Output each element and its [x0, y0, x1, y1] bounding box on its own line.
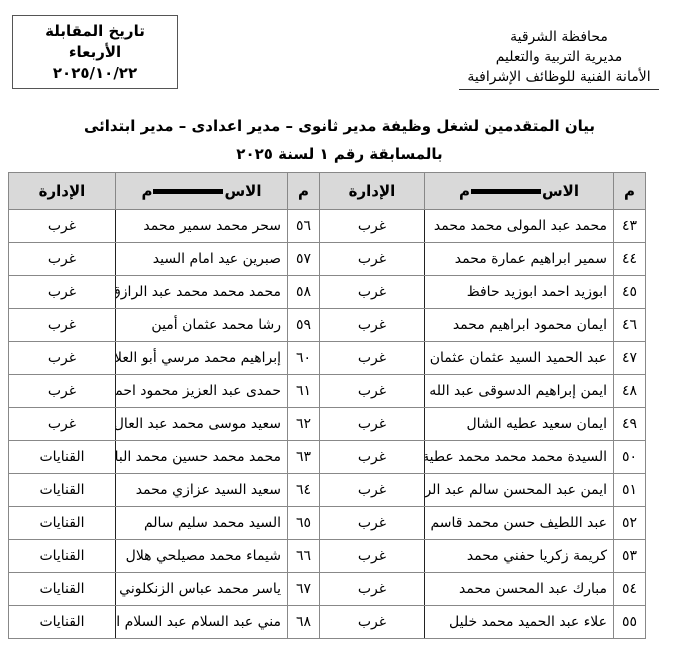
table-row: ٤٤سمير ابراهيم عمارة محمدغرب٥٧صبرين عيد … — [9, 243, 646, 276]
department: غرب — [320, 276, 425, 309]
header-name-suffix: م — [141, 182, 152, 200]
row-number: ٦٢ — [288, 408, 320, 441]
department: القنايات — [9, 540, 116, 573]
header-dept: الإدارة — [9, 173, 116, 210]
table-row: ٤٦ايمان محمود ابراهيم محمدغرب٥٩رشا محمد … — [9, 309, 646, 342]
row-number: ٦٣ — [288, 441, 320, 474]
row-number: ٥٨ — [288, 276, 320, 309]
table-row: ٥١ايمن عبد المحسن سالم عبد الرحمنغرب٦٤سع… — [9, 474, 646, 507]
row-number: ٥٤ — [614, 573, 646, 606]
secretariat-name: الأمانة الفنية للوظائف الإشرافية — [459, 67, 659, 90]
header-name-stretch — [153, 189, 223, 194]
row-number: ٥٦ — [288, 210, 320, 243]
interview-date-box: تاريخ المقابلة الأربعاء ٢٠٢٥/١٠/٢٢ — [12, 15, 178, 89]
applicant-name: ابوزيد احمد ابوزيد حافظ — [425, 276, 614, 309]
row-number: ٥١ — [614, 474, 646, 507]
header-name-stretch — [471, 189, 541, 194]
governorate-name: محافظة الشرقية — [459, 27, 659, 47]
department: غرب — [9, 375, 116, 408]
applicant-name: سحر محمد سمير محمد — [116, 210, 288, 243]
row-number: ٦٠ — [288, 342, 320, 375]
row-number: ٥٠ — [614, 441, 646, 474]
department: القنايات — [9, 507, 116, 540]
department: غرب — [320, 375, 425, 408]
row-number: ٤٨ — [614, 375, 646, 408]
header-name-prefix: الاس — [224, 182, 261, 200]
applicant-name: ياسر محمد عباس الزنكلوني — [116, 573, 288, 606]
department: غرب — [9, 276, 116, 309]
applicant-name: السيد محمد سليم سالم — [116, 507, 288, 540]
table-row: ٤٧عبد الحميد السيد عثمان عثمانغرب٦٠إبراه… — [9, 342, 646, 375]
department: غرب — [320, 606, 425, 639]
row-number: ٥٢ — [614, 507, 646, 540]
applicant-name: شيماء محمد مصيلحي هلال — [116, 540, 288, 573]
department: غرب — [320, 474, 425, 507]
interview-date-label: تاريخ المقابلة — [45, 21, 145, 42]
applicant-name: ايمان محمود ابراهيم محمد — [425, 309, 614, 342]
row-number: ٦٨ — [288, 606, 320, 639]
row-number: ٥٥ — [614, 606, 646, 639]
directorate-name: مديرية التربية والتعليم — [459, 47, 659, 67]
applicant-name: عبد اللطيف حسن محمد قاسم — [425, 507, 614, 540]
department: غرب — [320, 309, 425, 342]
applicant-name: إبراهيم محمد مرسي أبو العلا — [116, 342, 288, 375]
department: غرب — [9, 342, 116, 375]
row-number: ٤٧ — [614, 342, 646, 375]
table-row: ٥٥علاء عبد الحميد محمد خليلغرب٦٨مني عبد … — [9, 606, 646, 639]
document-subtitle: بالمسابقة رقم ١ لسنة ٢٠٢٥ — [0, 145, 679, 163]
applicant-name: ايمان سعيد عطيه الشال — [425, 408, 614, 441]
header-name-suffix: م — [459, 182, 470, 200]
department: القنايات — [9, 474, 116, 507]
applicant-name: صبرين عيد امام السيد — [116, 243, 288, 276]
applicant-name: علاء عبد الحميد محمد خليل — [425, 606, 614, 639]
department: القنايات — [9, 573, 116, 606]
row-number: ٥٩ — [288, 309, 320, 342]
table-row: ٤٨ايمن إبراهيم الدسوقى عبد اللهغرب٦١حمدى… — [9, 375, 646, 408]
applicant-name: السيدة محمد محمد محمد عطية — [425, 441, 614, 474]
row-number: ٤٣ — [614, 210, 646, 243]
table-row: ٥٤مبارك عبد المحسن محمدغرب٦٧ياسر محمد عب… — [9, 573, 646, 606]
header-num: م — [288, 173, 320, 210]
row-number: ٦٥ — [288, 507, 320, 540]
applicant-name: ايمن عبد المحسن سالم عبد الرحمن — [425, 474, 614, 507]
row-number: ٦١ — [288, 375, 320, 408]
applicant-name: سمير ابراهيم عمارة محمد — [425, 243, 614, 276]
applicant-name: مبارك عبد المحسن محمد — [425, 573, 614, 606]
row-number: ٦٧ — [288, 573, 320, 606]
department: غرب — [320, 441, 425, 474]
table-row: ٥٣كريمة زكريا حفني محمدغرب٦٦شيماء محمد م… — [9, 540, 646, 573]
document-title: بيان المتقدمين لشغل وظيفة مدير ثانوى – م… — [0, 117, 679, 135]
organization-header: محافظة الشرقية مديرية التربية والتعليم ا… — [459, 27, 659, 90]
header-name: الاسم — [425, 173, 614, 210]
row-number: ٦٤ — [288, 474, 320, 507]
applicant-name: محمد محمد حسين محمد البارودي — [116, 441, 288, 474]
department: غرب — [320, 408, 425, 441]
department: غرب — [9, 210, 116, 243]
department: غرب — [320, 507, 425, 540]
applicant-name: حمدى عبد العزيز محمود احمد — [116, 375, 288, 408]
table-row: ٥٠السيدة محمد محمد محمد عطيةغرب٦٣محمد مح… — [9, 441, 646, 474]
department: غرب — [320, 243, 425, 276]
department: القنايات — [9, 606, 116, 639]
row-number: ٤٤ — [614, 243, 646, 276]
department: غرب — [9, 309, 116, 342]
header-name-prefix: الاس — [542, 182, 579, 200]
row-number: ٤٩ — [614, 408, 646, 441]
interview-date: ٢٠٢٥/١٠/٢٢ — [53, 63, 137, 84]
applicant-name: ايمن إبراهيم الدسوقى عبد الله — [425, 375, 614, 408]
row-number: ٥٧ — [288, 243, 320, 276]
department: غرب — [320, 210, 425, 243]
row-number: ٥٣ — [614, 540, 646, 573]
applicants-table: م الاسم الإدارة م الاسم الإدارة ٤٣محمد ع… — [8, 172, 646, 639]
table-header-row: م الاسم الإدارة م الاسم الإدارة — [9, 173, 646, 210]
department: غرب — [9, 408, 116, 441]
department: غرب — [320, 573, 425, 606]
row-number: ٦٦ — [288, 540, 320, 573]
applicant-name: كريمة زكريا حفني محمد — [425, 540, 614, 573]
header-num: م — [614, 173, 646, 210]
table-row: ٥٢عبد اللطيف حسن محمد قاسمغرب٦٥السيد محم… — [9, 507, 646, 540]
interview-day: الأربعاء — [69, 42, 121, 63]
applicant-name: عبد الحميد السيد عثمان عثمان — [425, 342, 614, 375]
applicant-name: سعيد موسى محمد عبد العال — [116, 408, 288, 441]
table-row: ٤٩ايمان سعيد عطيه الشالغرب٦٢سعيد موسى مح… — [9, 408, 646, 441]
header-name: الاسم — [116, 173, 288, 210]
table-row: ٤٣محمد عبد المولى محمد محمدغرب٥٦سحر محمد… — [9, 210, 646, 243]
department: غرب — [320, 342, 425, 375]
row-number: ٤٦ — [614, 309, 646, 342]
department: غرب — [320, 540, 425, 573]
row-number: ٤٥ — [614, 276, 646, 309]
applicant-name: محمد عبد المولى محمد محمد — [425, 210, 614, 243]
applicant-name: محمد محمد محمد عبد الرازق — [116, 276, 288, 309]
table-row: ٤٥ابوزيد احمد ابوزيد حافظغرب٥٨محمد محمد … — [9, 276, 646, 309]
department: غرب — [9, 243, 116, 276]
applicant-name: سعيد السيد عزازي محمد — [116, 474, 288, 507]
applicant-name: رشا محمد عثمان أمين — [116, 309, 288, 342]
department: القنايات — [9, 441, 116, 474]
applicant-name: مني عبد السلام عبد السلام البوهي — [116, 606, 288, 639]
header-dept: الإدارة — [320, 173, 425, 210]
